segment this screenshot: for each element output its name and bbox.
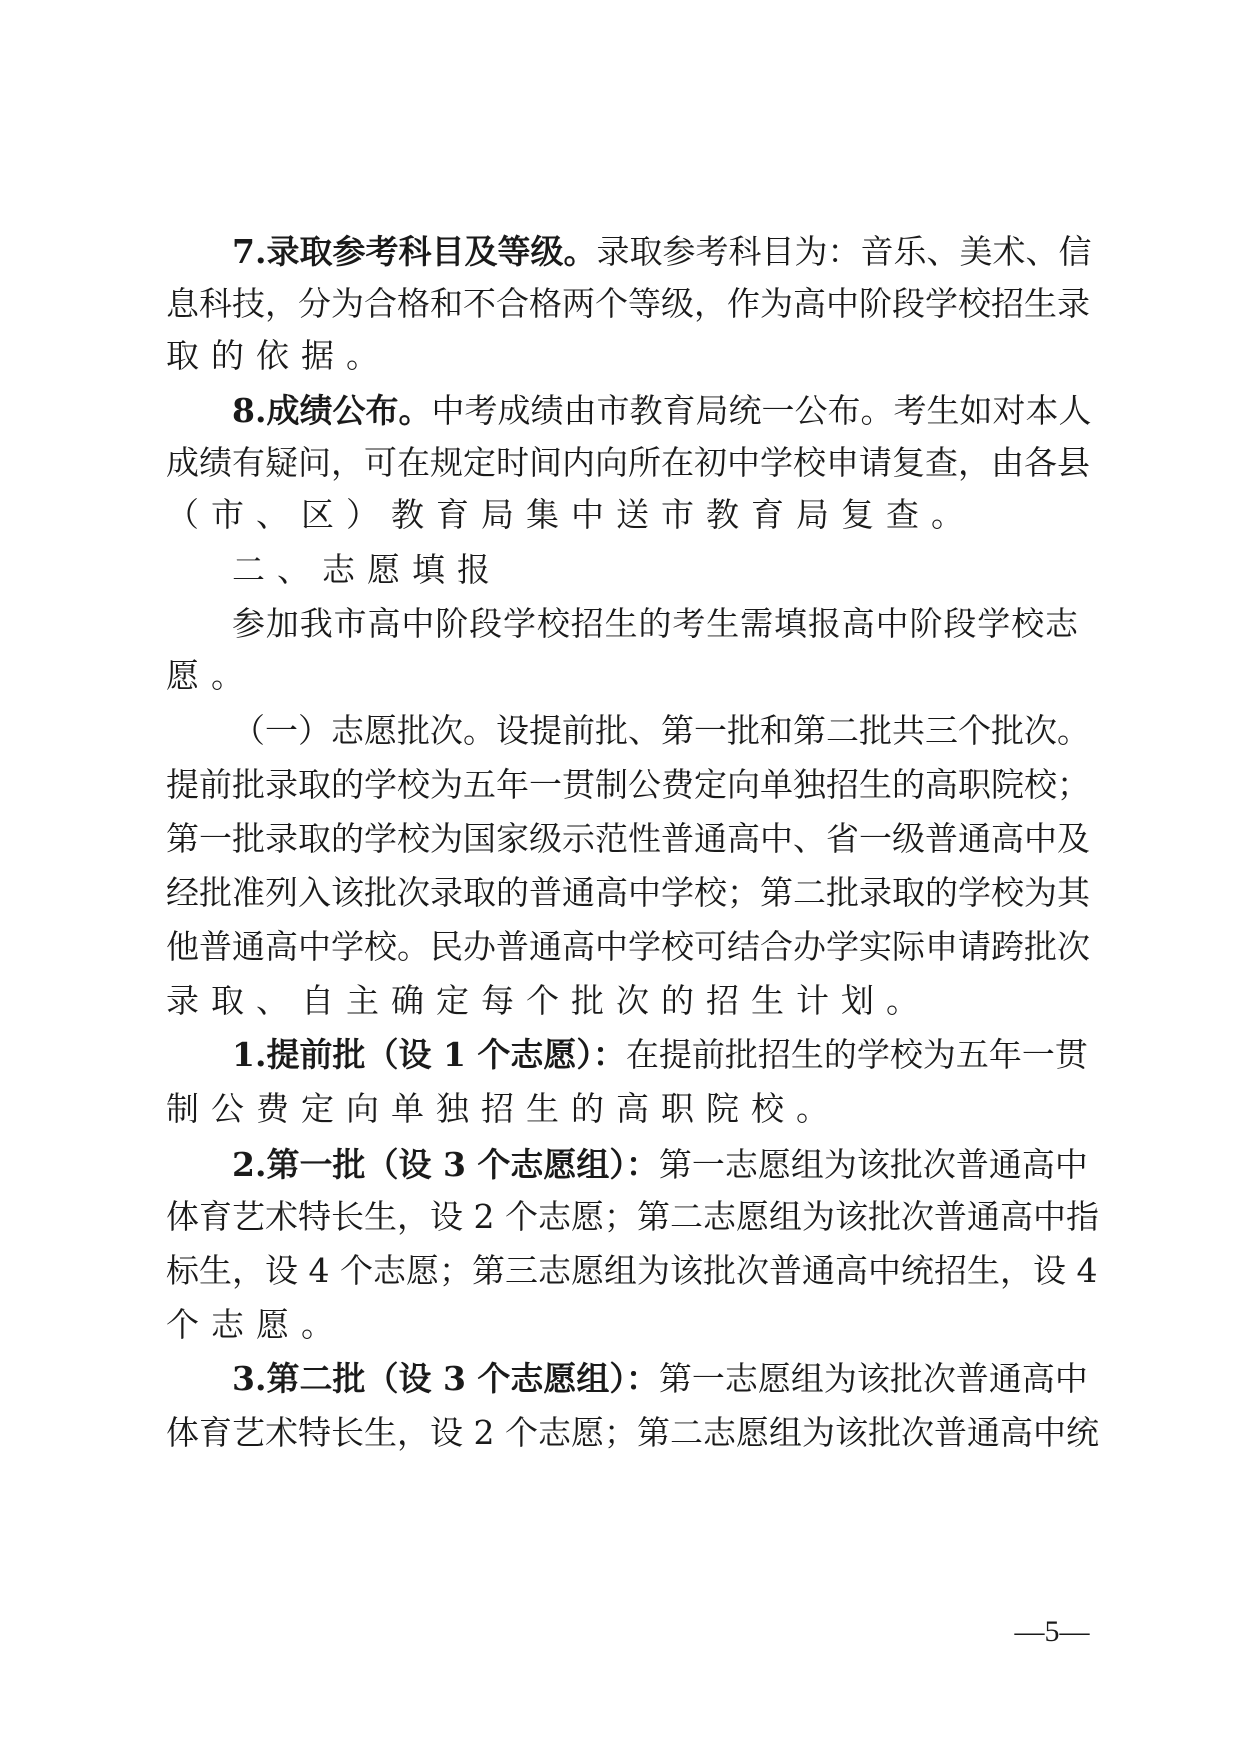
batch-2-line-3: 标生，设 4 个志愿；第三志愿组为该批次普通高中统招生，设 4 [166,1246,1078,1296]
text-line: 录取、自主确定每个批次的招生计划。 [166,976,931,1026]
paragraph-8-line-2: 成绩有疑问，可在规定时间内向所在初中学校申请复查，由各县 [166,438,1078,488]
batch-2-text: 第一志愿组为该批次普通高中 [659,1145,1088,1184]
page-number: —5— [1012,1612,1092,1652]
text-line: 参加我市高中阶段学校招生的考生需填报高中阶段学校志 [232,599,1078,649]
subsection-1-line-2: 提前批录取的学校为五年一贯制公费定向单独招生的高职院校； [166,760,1078,810]
subsection-1-line-3: 第一批录取的学校为国家级示范性普通高中、省一级普通高中及 [166,814,1078,864]
text-line: 息科技，分为合格和不合格两个等级，作为高中阶段学校招生录 [166,279,1078,329]
text-line: 制公费定向单独招生的高职院校。 [166,1084,841,1134]
subsection-1-line-1: （一）志愿批次。设提前批、第一批和第二批共三个批次。 [232,706,1078,756]
intro-line-2: 愿。 [166,651,1078,701]
batch-2-title: 2.第一批（设 3 个志愿组）： [232,1145,659,1184]
text-line: 他普通高中学校。民办普通高中学校可结合办学实际申请跨批次 [166,922,1078,972]
text-line: 个志愿。 [166,1300,346,1350]
batch-3-line-2: 体育艺术特长生，设 2 个志愿；第二志愿组为该批次普通高中统 [166,1408,1078,1458]
text-line: 经批准列入该批次录取的普通高中学校；第二批录取的学校为其 [166,868,1078,918]
text-line: 提前批录取的学校为五年一贯制公费定向单独招生的高职院校； [166,760,1078,810]
item-8-text: 中考成绩由市教育局统一公布。考生如对本人 [431,391,1091,430]
text-line: 成绩有疑问，可在规定时间内向所在初中学校申请复查，由各县 [166,438,1078,488]
batch-2-line-4: 个志愿。 [166,1300,1078,1350]
subsection-1-line-4: 经批准列入该批次录取的普通高中学校；第二批录取的学校为其 [166,868,1078,918]
text-line: （一）志愿批次。设提前批、第一批和第二批共三个批次。 [232,706,1078,756]
item-7-title: 7.录取参考科目及等级。 [232,232,596,271]
intro-line-1: 参加我市高中阶段学校招生的考生需填报高中阶段学校志 [232,599,1078,649]
section-heading: 二、志愿填报 [232,545,1078,595]
subsection-1-line-5: 他普通高中学校。民办普通高中学校可结合办学实际申请跨批次 [166,922,1078,972]
batch-1-line-1: 1.提前批（设 1 个志愿）：在提前批招生的学校为五年一贯 [232,1030,1078,1080]
batch-3-title: 3.第二批（设 3 个志愿组）： [232,1359,659,1398]
section-heading-text: 二、志愿填报 [232,545,502,595]
text-line: 愿。 [166,651,256,701]
paragraph-7-line-1: 7.录取参考科目及等级。录取参考科目为：音乐、美术、信 [232,227,1078,277]
batch-2-line-2: 体育艺术特长生，设 2 个志愿；第二志愿组为该批次普通高中指 [166,1192,1078,1242]
batch-1-title: 1.提前批（设 1 个志愿）： [232,1035,626,1074]
item-7-text: 录取参考科目为：音乐、美术、信 [596,232,1091,271]
batch-3-line-1: 3.第二批（设 3 个志愿组）：第一志愿组为该批次普通高中 [232,1354,1078,1404]
item-8-title: 8.成绩公布。 [232,391,431,430]
text-line: 取的依据。 [166,331,391,381]
paragraph-8-line-1: 8.成绩公布。中考成绩由市教育局统一公布。考生如对本人 [232,386,1078,436]
paragraph-7-line-3: 取的依据。 [166,331,1078,381]
text-line: 体育艺术特长生，设 2 个志愿；第二志愿组为该批次普通高中指 [166,1192,1078,1242]
paragraph-8-line-3: （市、区）教育局集中送市教育局复查。 [166,490,1078,540]
paragraph-7-line-2: 息科技，分为合格和不合格两个等级，作为高中阶段学校招生录 [166,279,1078,329]
text-line: （市、区）教育局集中送市教育局复查。 [166,490,976,540]
text-line: 第一批录取的学校为国家级示范性普通高中、省一级普通高中及 [166,814,1078,864]
batch-3-text: 第一志愿组为该批次普通高中 [659,1359,1088,1398]
batch-1-text: 在提前批招生的学校为五年一贯 [626,1035,1088,1074]
text-line: 标生，设 4 个志愿；第三志愿组为该批次普通高中统招生，设 4 [166,1246,1078,1296]
subsection-1-line-6: 录取、自主确定每个批次的招生计划。 [166,976,1078,1026]
text-line: 体育艺术特长生，设 2 个志愿；第二志愿组为该批次普通高中统 [166,1408,1078,1458]
batch-2-line-1: 2.第一批（设 3 个志愿组）：第一志愿组为该批次普通高中 [232,1140,1078,1190]
batch-1-line-2: 制公费定向单独招生的高职院校。 [166,1084,1078,1134]
document-page: 7.录取参考科目及等级。录取参考科目为：音乐、美术、信 息科技，分为合格和不合格… [0,0,1240,1754]
